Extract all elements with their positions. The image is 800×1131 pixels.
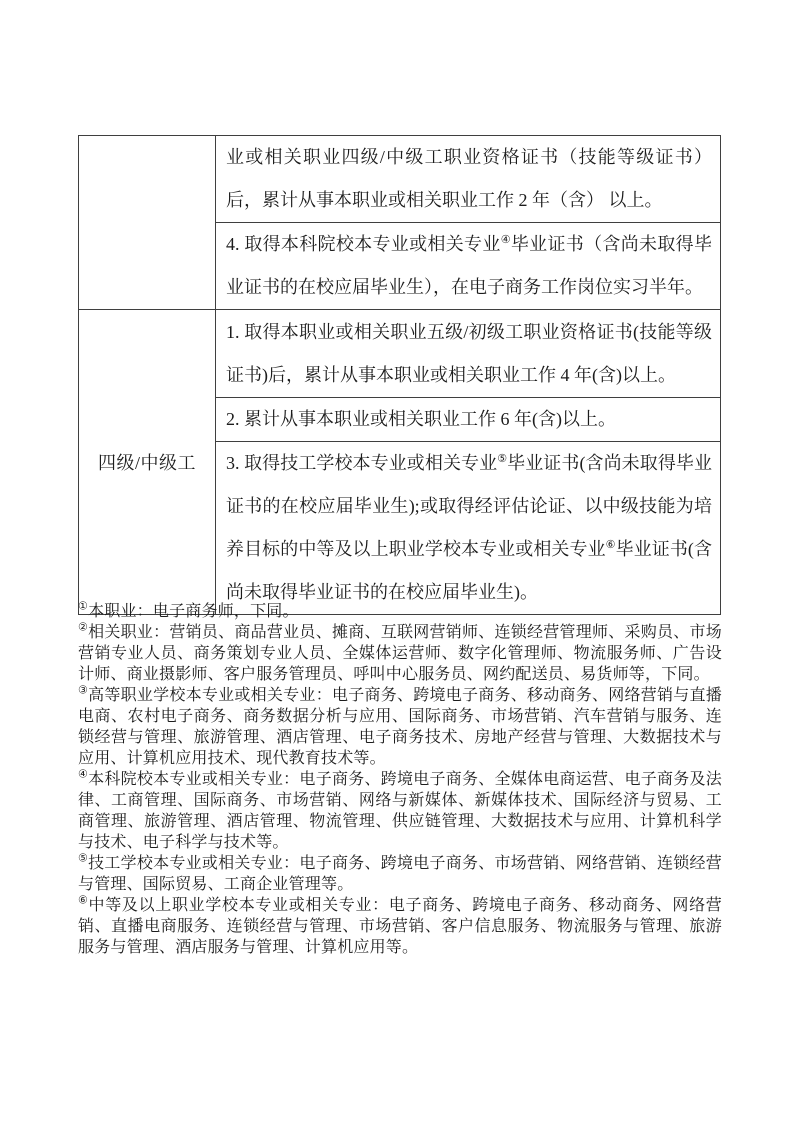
requirement-cell: 2. 累计从事本职业或相关职业工作 6 年(含)以上。 — [216, 398, 721, 442]
footnote-3: ③高等职业学校本专业或相关专业：电子商务、跨境电子商务、移动商务、网络营销与直播… — [78, 685, 722, 769]
document-page: 业或相关职业四级/中级工职业资格证书（技能等级证书）后，累计从事本职业或相关职业… — [0, 0, 800, 1131]
footnote-text: 相关职业：营销员、商品营业员、摊商、互联网营销师、连锁经营管理师、采购员、市场营… — [78, 624, 722, 683]
requirements-table: 业或相关职业四级/中级工职业资格证书（技能等级证书）后，累计从事本职业或相关职业… — [78, 135, 721, 615]
level-cell-continuation — [79, 136, 216, 310]
footnote-marker: ⑥ — [78, 895, 89, 907]
footnote-6: ⑥中等及以上职业学校本专业或相关专业：电子商务、跨境电子商务、移动商务、网络营销… — [78, 895, 722, 958]
footnote-text: 高等职业学校本专业或相关专业：电子商务、跨境电子商务、移动商务、网络营销与直播电… — [78, 687, 722, 767]
footnote-marker: ④ — [78, 769, 88, 781]
footnote-5: ⑤技工学校本专业或相关专业：电子商务、跨境电子商务、市场营销、网络营销、连锁经营… — [78, 853, 722, 895]
footnotes: ①本职业：电子商务师，下同。 ②相关职业：营销员、商品营业员、摊商、互联网营销师… — [78, 601, 722, 958]
footnote-1: ①本职业：电子商务师，下同。 — [78, 601, 722, 622]
footnote-text: 技工学校本专业或相关专业：电子商务、跨境电子商务、市场营销、网络营销、连锁经营与… — [78, 855, 722, 893]
footnote-text: 本科院校本专业或相关专业：电子商务、跨境电子商务、全媒体电商运营、电子商务及法律… — [78, 771, 722, 851]
footnote-4: ④本科院校本专业或相关专业：电子商务、跨境电子商务、全媒体电商运营、电子商务及法… — [78, 769, 722, 853]
footnote-marker: ⑤ — [78, 853, 88, 865]
footnote-marker: ② — [78, 622, 88, 634]
footnote-marker: ① — [78, 601, 88, 613]
footnote-text: 本职业：电子商务师，下同。 — [88, 603, 299, 620]
requirement-cell: 3. 取得技工学校本专业或相关专业⑤毕业证书(含尚未取得毕业证书的在校应届毕业生… — [216, 442, 721, 615]
level-cell-grade4: 四级/中级工 — [79, 310, 216, 615]
footnote-2: ②相关职业：营销员、商品营业员、摊商、互联网营销师、连锁经营管理师、采购员、市场… — [78, 622, 722, 685]
footnote-marker: ③ — [78, 685, 88, 697]
requirement-cell: 4. 取得本科院校本专业或相关专业④毕业证书（含尚未取得毕业证书的在校应届毕业生… — [216, 223, 721, 310]
requirement-cell: 1. 取得本职业或相关职业五级/初级工职业资格证书(技能等级证书)后，累计从事本… — [216, 310, 721, 398]
requirement-cell: 业或相关职业四级/中级工职业资格证书（技能等级证书）后，累计从事本职业或相关职业… — [216, 136, 721, 223]
footnote-text: 中等及以上职业学校本专业或相关专业：电子商务、跨境电子商务、移动商务、网络营销、… — [78, 897, 722, 956]
